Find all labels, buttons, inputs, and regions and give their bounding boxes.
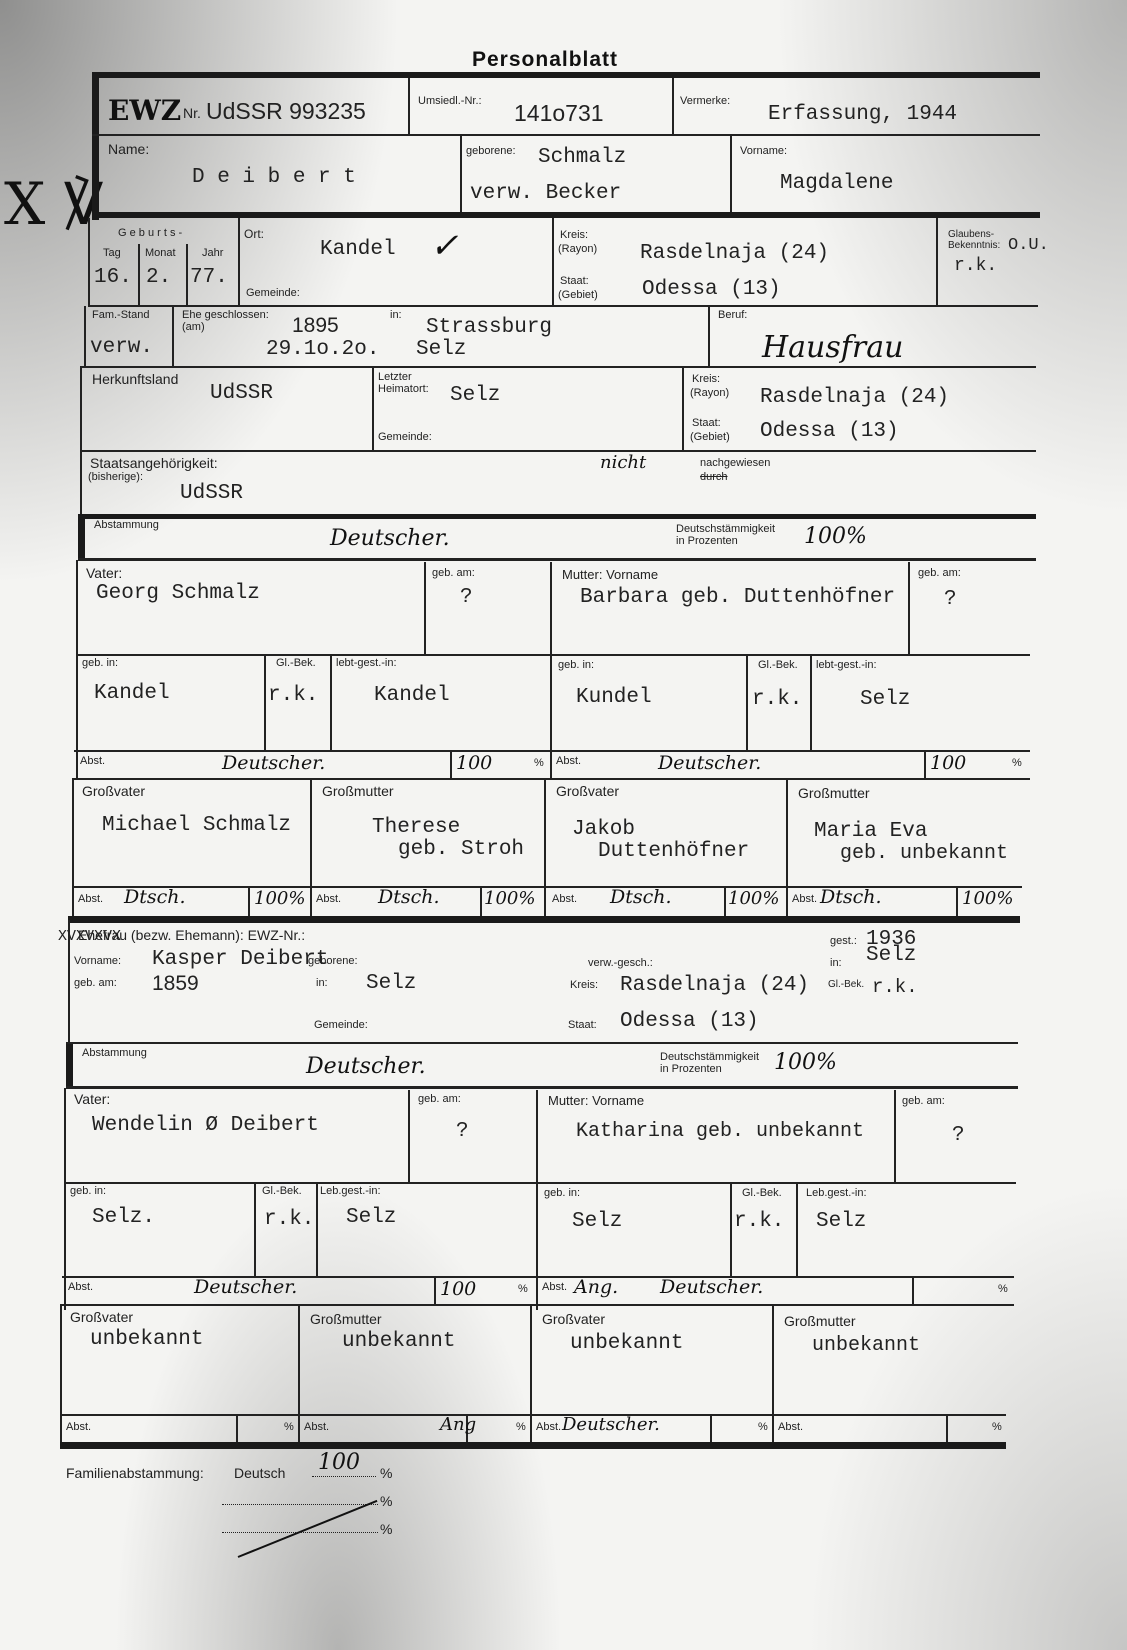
umsiedl-label: Umsiedl.-Nr.:: [418, 96, 482, 108]
divider: [730, 1184, 732, 1276]
divider: [72, 778, 74, 916]
family-pct-1: %: [380, 1466, 392, 1481]
mutter2-abst-pre: Ang.: [574, 1276, 618, 1298]
divider: [78, 514, 85, 560]
beruf-label: Beruf:: [718, 310, 747, 322]
ehe-label: Ehe geschlossen:: [182, 310, 269, 322]
vater2-value: Wendelin Ø Deibert: [92, 1114, 319, 1137]
mutter2-label: Mutter: Vorname: [548, 1094, 644, 1108]
vater2-gebam-label: geb. am:: [418, 1094, 461, 1106]
frame-top: [92, 72, 1040, 78]
divider: [330, 656, 332, 750]
gp2-1-line1: unbekannt: [342, 1330, 455, 1353]
famstand-value: verw.: [90, 336, 153, 359]
spouse-glbek-label: Gl.-Bek.: [828, 980, 864, 991]
vater1-abst: Deutscher.: [222, 752, 325, 774]
vater2-gest-label: Leb.gest.-in:: [320, 1186, 381, 1198]
divider: [450, 750, 452, 778]
divider: [88, 218, 90, 306]
vater1-gebam-label: geb. am:: [432, 568, 475, 580]
divider: [74, 750, 1030, 752]
vater2-abst-label: Abst.: [68, 1282, 93, 1294]
ehe-am-label: (am): [182, 322, 205, 334]
spouse-verwgesch-label: verw.-gesch.:: [588, 958, 653, 970]
gp1-0-abst-label: Abst.: [78, 894, 103, 906]
ds1-value: 100%: [804, 524, 867, 549]
vater1-value: Georg Schmalz: [96, 582, 260, 605]
mutter1-abst-label: Abst.: [556, 756, 581, 768]
divider: [264, 656, 266, 750]
gp1-3-line2: geb. unbekannt: [840, 842, 1008, 865]
ewz-number: UdSSR 993235: [206, 98, 366, 125]
spouse-gest-in-label: in:: [830, 958, 842, 970]
vater1-gebam: ?: [460, 586, 473, 609]
geborene-label: geborene:: [466, 146, 516, 158]
gp2-0-pct: %: [284, 1422, 294, 1434]
name-value: D e i b e r t: [192, 166, 356, 189]
frame-left: [92, 72, 99, 220]
spouse-in-label: in:: [316, 978, 328, 990]
ehe-in2: Selz: [416, 338, 466, 361]
divider: [682, 368, 684, 450]
gp1-3-line1: Maria Eva: [814, 820, 927, 843]
mutter1-value: Barbara geb. Duttenhöfner: [580, 586, 895, 609]
divider: [66, 1042, 1018, 1044]
ds2-value: 100%: [774, 1050, 837, 1075]
mutter1-label: Mutter: Vorname: [562, 568, 658, 582]
gp1-1-abst: Dtsch.: [378, 886, 440, 908]
divider: [68, 916, 1020, 923]
vater1-pct-sign: %: [534, 758, 544, 770]
rayon2-label: (Rayon): [690, 388, 729, 400]
family-deutsch-line: [312, 1476, 376, 1477]
geburts-label: G e b u r t s -: [118, 228, 182, 240]
family-pct-2: %: [380, 1494, 392, 1509]
divider: [84, 306, 86, 366]
ds2-label1: Deutschstämmigkeit: [660, 1052, 759, 1064]
vater2-gebin: Selz.: [92, 1206, 155, 1229]
mutter2-gest: Selz: [816, 1210, 866, 1233]
gp1-2-label: Großvater: [556, 784, 619, 799]
vater2-abst: Deutscher.: [194, 1276, 297, 1298]
mutter1-gest-label: lebt-gest.-in:: [816, 660, 877, 672]
family-label: Familienabstammung:: [66, 1466, 204, 1481]
vater2-glbek-label: Gl.-Bek.: [262, 1186, 302, 1198]
divider: [66, 1044, 73, 1088]
divider: [796, 1184, 798, 1276]
spouse-kreis-label: Kreis:: [570, 980, 598, 992]
geborene-value: Schmalz: [538, 146, 626, 169]
staat-value: Odessa (13): [642, 278, 781, 301]
divider: [946, 1414, 948, 1444]
abstammung2-value: Deutscher.: [306, 1054, 426, 1079]
glaubens-value: r.k.: [954, 256, 997, 276]
famstand-label: Fam.-Stand: [92, 310, 149, 322]
mutter2-gest-label: Leb.gest.-in:: [806, 1188, 867, 1200]
tag-label: Tag: [103, 248, 121, 260]
mutter2-glbek: r.k.: [734, 1210, 784, 1233]
mutter1-gebam: ?: [944, 588, 957, 611]
divider: [248, 886, 250, 916]
herkunft-value: UdSSR: [210, 382, 273, 405]
divider: [710, 1414, 712, 1444]
family-deutsch-value: 100: [318, 1450, 360, 1475]
ort-value: Kandel: [320, 238, 396, 261]
gp1-2-line2: Duttenhöfner: [598, 840, 749, 863]
vater2-pct-sign: %: [518, 1284, 528, 1296]
divider: [64, 1182, 1016, 1184]
gp2-0-label: Großvater: [70, 1310, 133, 1325]
divider: [76, 560, 78, 780]
divider: [298, 1306, 300, 1444]
mutter2-abst-label: Abst.: [542, 1282, 567, 1294]
spouse-staat: Odessa (13): [620, 1010, 759, 1033]
mutter1-gebin: Kundel: [576, 686, 652, 709]
gp1-2-line1: Jakob: [572, 818, 635, 841]
staat-label: Staat:: [560, 276, 589, 288]
gp1-2-pct: 100%: [728, 888, 779, 909]
vater2-glbek: r.k.: [264, 1208, 314, 1231]
divider: [746, 656, 748, 750]
divider: [786, 780, 788, 916]
monat-value: 2.: [146, 266, 171, 289]
divider: [238, 218, 240, 306]
divider: [530, 1306, 532, 1444]
divider: [172, 306, 174, 366]
divider: [310, 780, 312, 916]
divider: [408, 78, 410, 134]
gp2-2-pct: %: [758, 1422, 768, 1434]
nicht-handwritten: nicht: [600, 452, 646, 473]
spouse-in: Selz: [366, 972, 416, 995]
gebiet-label: (Gebiet): [558, 290, 598, 302]
divider: [186, 244, 188, 306]
monat-label: Monat: [145, 248, 176, 260]
vater1-glbek-label: Gl.-Bek.: [276, 658, 316, 670]
gp2-2-abst-label: Abst.: [536, 1422, 561, 1434]
staat2-label: Staat:: [692, 418, 721, 430]
kreis2-label: Kreis:: [692, 374, 720, 386]
divider: [236, 1414, 238, 1444]
spouse-gemeinde-label: Gemeinde:: [314, 1020, 368, 1032]
mutter2-value: Katharina geb. unbekannt: [576, 1120, 864, 1143]
gp2-2-abst: Deutscher.: [562, 1414, 660, 1435]
divider: [316, 1184, 318, 1276]
ehe-in-label: in:: [390, 310, 402, 322]
divider: [912, 1276, 914, 1304]
divider: [894, 1090, 896, 1182]
mutter1-pct: 100: [930, 752, 966, 774]
spouse-gebam: 1859: [152, 972, 199, 996]
mutter1-abst: Deutscher.: [658, 752, 761, 774]
divider: [60, 1304, 62, 1444]
gp2-2-label: Großvater: [542, 1312, 605, 1327]
gp1-1-line2: geb. Stroh: [398, 838, 524, 861]
spouse-kreis: Rasdelnaja (24): [620, 974, 809, 997]
vater1-gebin: Kandel: [94, 682, 170, 705]
divider: [724, 886, 726, 916]
divider: [78, 514, 1036, 519]
vater2-pct: 100: [440, 1278, 476, 1300]
divider: [434, 1276, 436, 1304]
divider: [60, 1414, 1006, 1416]
divider: [708, 306, 710, 366]
vater2-gest: Selz: [346, 1206, 396, 1229]
divider: [730, 136, 732, 212]
divider: [138, 244, 140, 306]
gp2-1-pct: %: [516, 1422, 526, 1434]
mutter2-abst: Deutscher.: [660, 1276, 763, 1298]
mutter1-gebam-label: geb. am:: [918, 568, 961, 580]
gebiet2-label: (Gebiet): [690, 432, 730, 444]
divider: [78, 558, 1036, 561]
divider: [936, 218, 938, 306]
divider: [80, 450, 1036, 452]
divider: [552, 218, 554, 306]
divider: [66, 1086, 1018, 1089]
beruf-value: Hausfrau: [762, 330, 903, 365]
vater1-glbek: r.k.: [268, 684, 318, 707]
divider: [254, 1184, 256, 1276]
glaubens-mark: O.U.: [1008, 236, 1049, 255]
vater1-label: Vater:: [86, 566, 122, 581]
divider: [480, 886, 482, 916]
bisherige-label: (bisherige):: [88, 472, 143, 484]
divider: [92, 134, 1040, 136]
nr-label: Nr.: [183, 106, 201, 121]
check-mark: ✓: [430, 226, 459, 266]
family-deutsch-label: Deutsch: [234, 1466, 285, 1481]
gp1-3-pct: 100%: [962, 888, 1013, 909]
herkunft-label: Herkunftsland: [92, 372, 178, 387]
glaubens-label: Glaubens-Bekenntnis:: [948, 230, 1000, 251]
spouse-vorname-label: Vorname:: [74, 956, 121, 968]
kreis-value: Rasdelnaja (24): [640, 242, 829, 265]
staat2-value: Odessa (13): [760, 420, 899, 443]
abstammung1-value: Deutscher.: [330, 526, 450, 551]
ort-label: Ort:: [244, 228, 264, 241]
divider: [74, 778, 1030, 780]
vater1-abst-label: Abst.: [80, 756, 105, 768]
ewz-label: EWZ: [108, 94, 181, 127]
spouse-geborene-label: geborene:: [308, 956, 358, 968]
divider: [88, 305, 1038, 307]
mutter1-glbek-label: Gl.-Bek.: [758, 660, 798, 672]
mutter2-gebam: ?: [952, 1124, 965, 1147]
divider: [810, 656, 812, 750]
gp1-0-abst: Dtsch.: [124, 886, 186, 908]
staatsang-value: UdSSR: [180, 482, 243, 505]
abstammung1-label: Abstammung: [94, 520, 159, 532]
vermerke-label: Vermerke:: [680, 96, 730, 108]
gp2-3-label: Großmutter: [784, 1314, 856, 1329]
spouse-header-label: Ehefrau (bezw. Ehemann): EWZ-Nr.:: [78, 928, 305, 943]
spouse-glbek: r.k.: [872, 976, 918, 998]
mutter2-gebin: Selz: [572, 1210, 622, 1233]
divider: [408, 1090, 410, 1182]
divider: [372, 368, 374, 450]
kreis-label: Kreis:: [560, 230, 588, 242]
vater2-gebam: ?: [456, 1120, 469, 1143]
gp1-2-abst-label: Abst.: [552, 894, 577, 906]
gp2-0-line1: unbekannt: [90, 1328, 203, 1351]
mutter2-pct-sign: %: [998, 1284, 1008, 1296]
nachgewiesen-label: nachgewiesen: [700, 458, 770, 470]
vater1-gest: Kandel: [374, 684, 450, 707]
strike-stroke: [238, 1500, 378, 1558]
divider: [908, 562, 910, 654]
rayon-label: (Rayon): [558, 244, 597, 256]
divider: [672, 78, 674, 134]
gp1-3-label: Großmutter: [798, 786, 870, 801]
gp2-3-abst-label: Abst.: [778, 1422, 803, 1434]
divider: [82, 366, 1036, 368]
name-label: Name:: [108, 142, 149, 157]
divider: [80, 366, 82, 516]
durch-label: durch: [700, 472, 728, 484]
gp1-1-abst-label: Abst.: [316, 894, 341, 906]
vater2-label: Vater:: [74, 1092, 110, 1107]
divider: [424, 562, 426, 654]
mutter1-pct-sign: %: [1012, 758, 1022, 770]
gp2-1-abst-label: Abst.: [304, 1422, 329, 1434]
kreis2-value: Rasdelnaja (24): [760, 386, 949, 409]
divider: [956, 886, 958, 916]
divider: [924, 750, 926, 778]
ehe-date2: 29.1o.2o.: [266, 338, 379, 361]
gemeinde2-label: Gemeinde:: [378, 432, 432, 444]
vater1-gest-label: lebt-gest.-in:: [336, 658, 397, 670]
gp1-0-pct: 100%: [254, 888, 305, 909]
mutter1-gest: Selz: [860, 688, 910, 711]
gp2-2-line1: unbekannt: [570, 1332, 683, 1355]
divider: [460, 136, 462, 212]
gemeinde-label: Gemeinde:: [246, 288, 300, 300]
spouse-vorname: Kasper Deibert: [152, 948, 328, 971]
divider: [62, 1304, 1014, 1306]
vater1-gebin-label: geb. in:: [82, 658, 118, 670]
heimatort-value: Selz: [450, 384, 500, 407]
jahr-label: Jahr: [202, 248, 223, 260]
mutter2-gebin-label: geb. in:: [544, 1188, 580, 1200]
staatsang-label: Staatsangehörigkeit:: [90, 456, 218, 471]
jahr-value: 77.: [190, 266, 228, 289]
gp2-3-line1: unbekannt: [812, 1334, 920, 1357]
vater2-gebin-label: geb. in:: [70, 1186, 106, 1198]
mutter1-glbek: r.k.: [752, 688, 802, 711]
gp1-3-abst-label: Abst.: [792, 894, 817, 906]
ehe-year: 1895: [292, 314, 339, 338]
gp1-3-abst: Dtsch.: [820, 886, 882, 908]
divider: [772, 1306, 774, 1444]
gp1-1-line1: Therese: [372, 816, 460, 839]
spouse-gebam-label: geb. am:: [74, 978, 117, 990]
gp1-1-pct: 100%: [484, 888, 535, 909]
vorname-value: Magdalene: [780, 172, 893, 195]
gp1-0-line1: Michael Schmalz: [102, 814, 291, 837]
tag-value: 16.: [94, 266, 132, 289]
mutter2-gebam-label: geb. am:: [902, 1096, 945, 1108]
gp2-0-abst-label: Abst.: [66, 1422, 91, 1434]
ds2-label2: in Prozenten: [660, 1064, 722, 1076]
gp2-1-abst: Ang: [440, 1414, 476, 1435]
mutter2-glbek-label: Gl.-Bek.: [742, 1188, 782, 1200]
abstammung2-label: Abstammung: [82, 1048, 147, 1060]
ds1-label1: Deutschstämmigkeit: [676, 524, 775, 536]
family-line-2: [222, 1504, 378, 1505]
letzter-label: Letzter: [378, 372, 412, 384]
divider: [76, 654, 1030, 656]
frame-bottom: [92, 212, 1040, 218]
page-title: Personalblatt: [472, 48, 618, 72]
mutter1-gebin-label: geb. in:: [558, 660, 594, 672]
spouse-gest-in: Selz: [866, 944, 916, 967]
gp2-1-label: Großmutter: [310, 1312, 382, 1327]
vermerke-value: Erfassung, 1944: [768, 103, 957, 126]
family-pct-3: %: [380, 1522, 392, 1537]
gp2-3-pct: %: [992, 1422, 1002, 1434]
vorname-label: Vorname:: [740, 146, 787, 158]
ehe-in: Strassburg: [426, 316, 552, 339]
heimatort-label: Heimatort:: [378, 384, 429, 396]
ds1-label2: in Prozenten: [676, 536, 738, 548]
divider: [544, 780, 546, 916]
gp1-1-label: Großmutter: [322, 784, 394, 799]
vater1-pct: 100: [456, 752, 492, 774]
spouse-gest-label: gest.:: [830, 936, 857, 948]
spouse-staat-label: Staat:: [568, 1020, 597, 1032]
verw-value: verw. Becker: [470, 182, 621, 205]
umsiedl-number: 141o731: [514, 100, 604, 127]
divider: [60, 1442, 1006, 1449]
gp1-0-label: Großvater: [82, 784, 145, 799]
gp1-2-abst: Dtsch.: [610, 886, 672, 908]
divider: [550, 562, 552, 780]
